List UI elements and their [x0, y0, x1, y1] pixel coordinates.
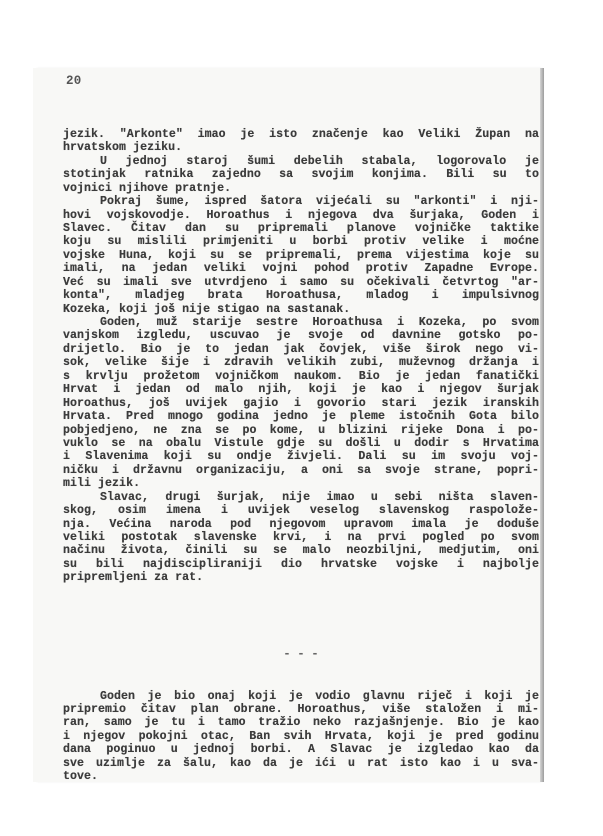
- text-line: ničku i državnu organizaciju, a oni sa s…: [63, 464, 539, 477]
- body-text: jezik. "Arkonte" imao je isto značenje k…: [63, 101, 539, 810]
- text-block-before-separator: jezik. "Arkonte" imao je isto značenje k…: [63, 128, 539, 585]
- text-line: sve uzimlje za šalu, kao da je ići u rat…: [63, 757, 539, 770]
- text-line: pripremio čitav plan obrane. Horoathus, …: [63, 703, 539, 716]
- text-line: Pokraj šume, ispred šatora vijećali su "…: [63, 195, 539, 208]
- text-line: skog, osim imena i uvijek veselog slaven…: [63, 504, 539, 517]
- text-block-after-separator: Goden je bio onaj koji je vodio glavnu r…: [63, 690, 539, 784]
- text-line: Goden je bio onaj koji je vodio glavnu r…: [63, 690, 539, 703]
- text-line: Slavac, drugi šurjak, nije imao u sebi n…: [63, 491, 539, 504]
- text-line: tove.: [63, 770, 539, 783]
- text-line: vojnici njihove pratnje.: [63, 182, 539, 195]
- text-line: U jednoj staroj šumi debelih stabala, lo…: [63, 155, 539, 168]
- text-line: pripremljeni za rat.: [63, 571, 539, 584]
- text-line: Kozeka, koji još nije stigao na sastanak…: [63, 303, 539, 316]
- text-line: hovi vojskovodje. Horoathus i njegova dv…: [63, 209, 539, 222]
- text-line: načinu života, činili su se malo neozbil…: [63, 544, 539, 557]
- text-line: jezik. "Arkonte" imao je isto značenje k…: [63, 128, 539, 141]
- text-line: vojske Huna, koji su se pripremali, prem…: [63, 249, 539, 262]
- text-line: pobjedjeno, ne zna se po kome, u blizini…: [63, 424, 539, 437]
- text-line: koju su mislili primjeniti u borbi proti…: [63, 235, 539, 248]
- text-line: imali, na jedan veliki vojni pohod proti…: [63, 262, 539, 275]
- text-line: dana poginuo u jednoj borbi. A Slavac je…: [63, 743, 539, 756]
- text-line: konta", mladjeg brata Horoathusa, mladog…: [63, 289, 539, 302]
- text-line: stotinjak ratnika zajedno sa svojim konj…: [63, 168, 539, 181]
- text-line: mili jezik.: [63, 477, 539, 490]
- text-line: Horoathus, još uvijek gajio i govorio st…: [63, 397, 539, 410]
- text-line: ran, samo je tu i tamo tražio neko razja…: [63, 716, 539, 729]
- text-line: Hrvata. Pred mnogo godina jedno je pleme…: [63, 410, 539, 423]
- section-separator: - - -: [63, 646, 539, 663]
- text-line: Hrvat i jedan od malo njih, koji je kao …: [63, 383, 539, 396]
- text-line: s krvlju prožetom vojničkom naukom. Bio …: [63, 370, 539, 383]
- text-line: sok, velike šije i zdravih velikih zubi,…: [63, 356, 539, 369]
- text-line: veliki postotak slavenske krvi, i na prv…: [63, 531, 539, 544]
- text-line: vuklo se na obalu Vistule gdje su došli …: [63, 437, 539, 450]
- scanned-page: 20 jezik. "Arkonte" imao je isto značenj…: [33, 68, 540, 782]
- blank-spacer: [63, 612, 539, 619]
- text-line: Slavec. Čitav dan su pripremali planove …: [63, 222, 539, 235]
- text-line: i Slavenima koji su ondje živjeli. Dali …: [63, 450, 539, 463]
- text-line: nja. Većina naroda pod njegovom upravom …: [63, 518, 539, 531]
- text-line: i njegov pokojni otac, Ban svih Hrvata, …: [63, 730, 539, 743]
- text-line: Goden, muž starije sestre Horoathusa i K…: [63, 316, 539, 329]
- page-number: 20: [66, 74, 81, 88]
- text-line: hrvatskom jeziku.: [63, 141, 539, 154]
- text-line: drijetlo. Bio je to jedan jak čovjek, vi…: [63, 343, 539, 356]
- text-line: su bili najdiscipliraniji dio hrvatske v…: [63, 558, 539, 571]
- text-line: Već su imali sve utvrdjeno i samo su oče…: [63, 276, 539, 289]
- text-line: vanjskom izgledu, uscuvao je svoje od da…: [63, 329, 539, 342]
